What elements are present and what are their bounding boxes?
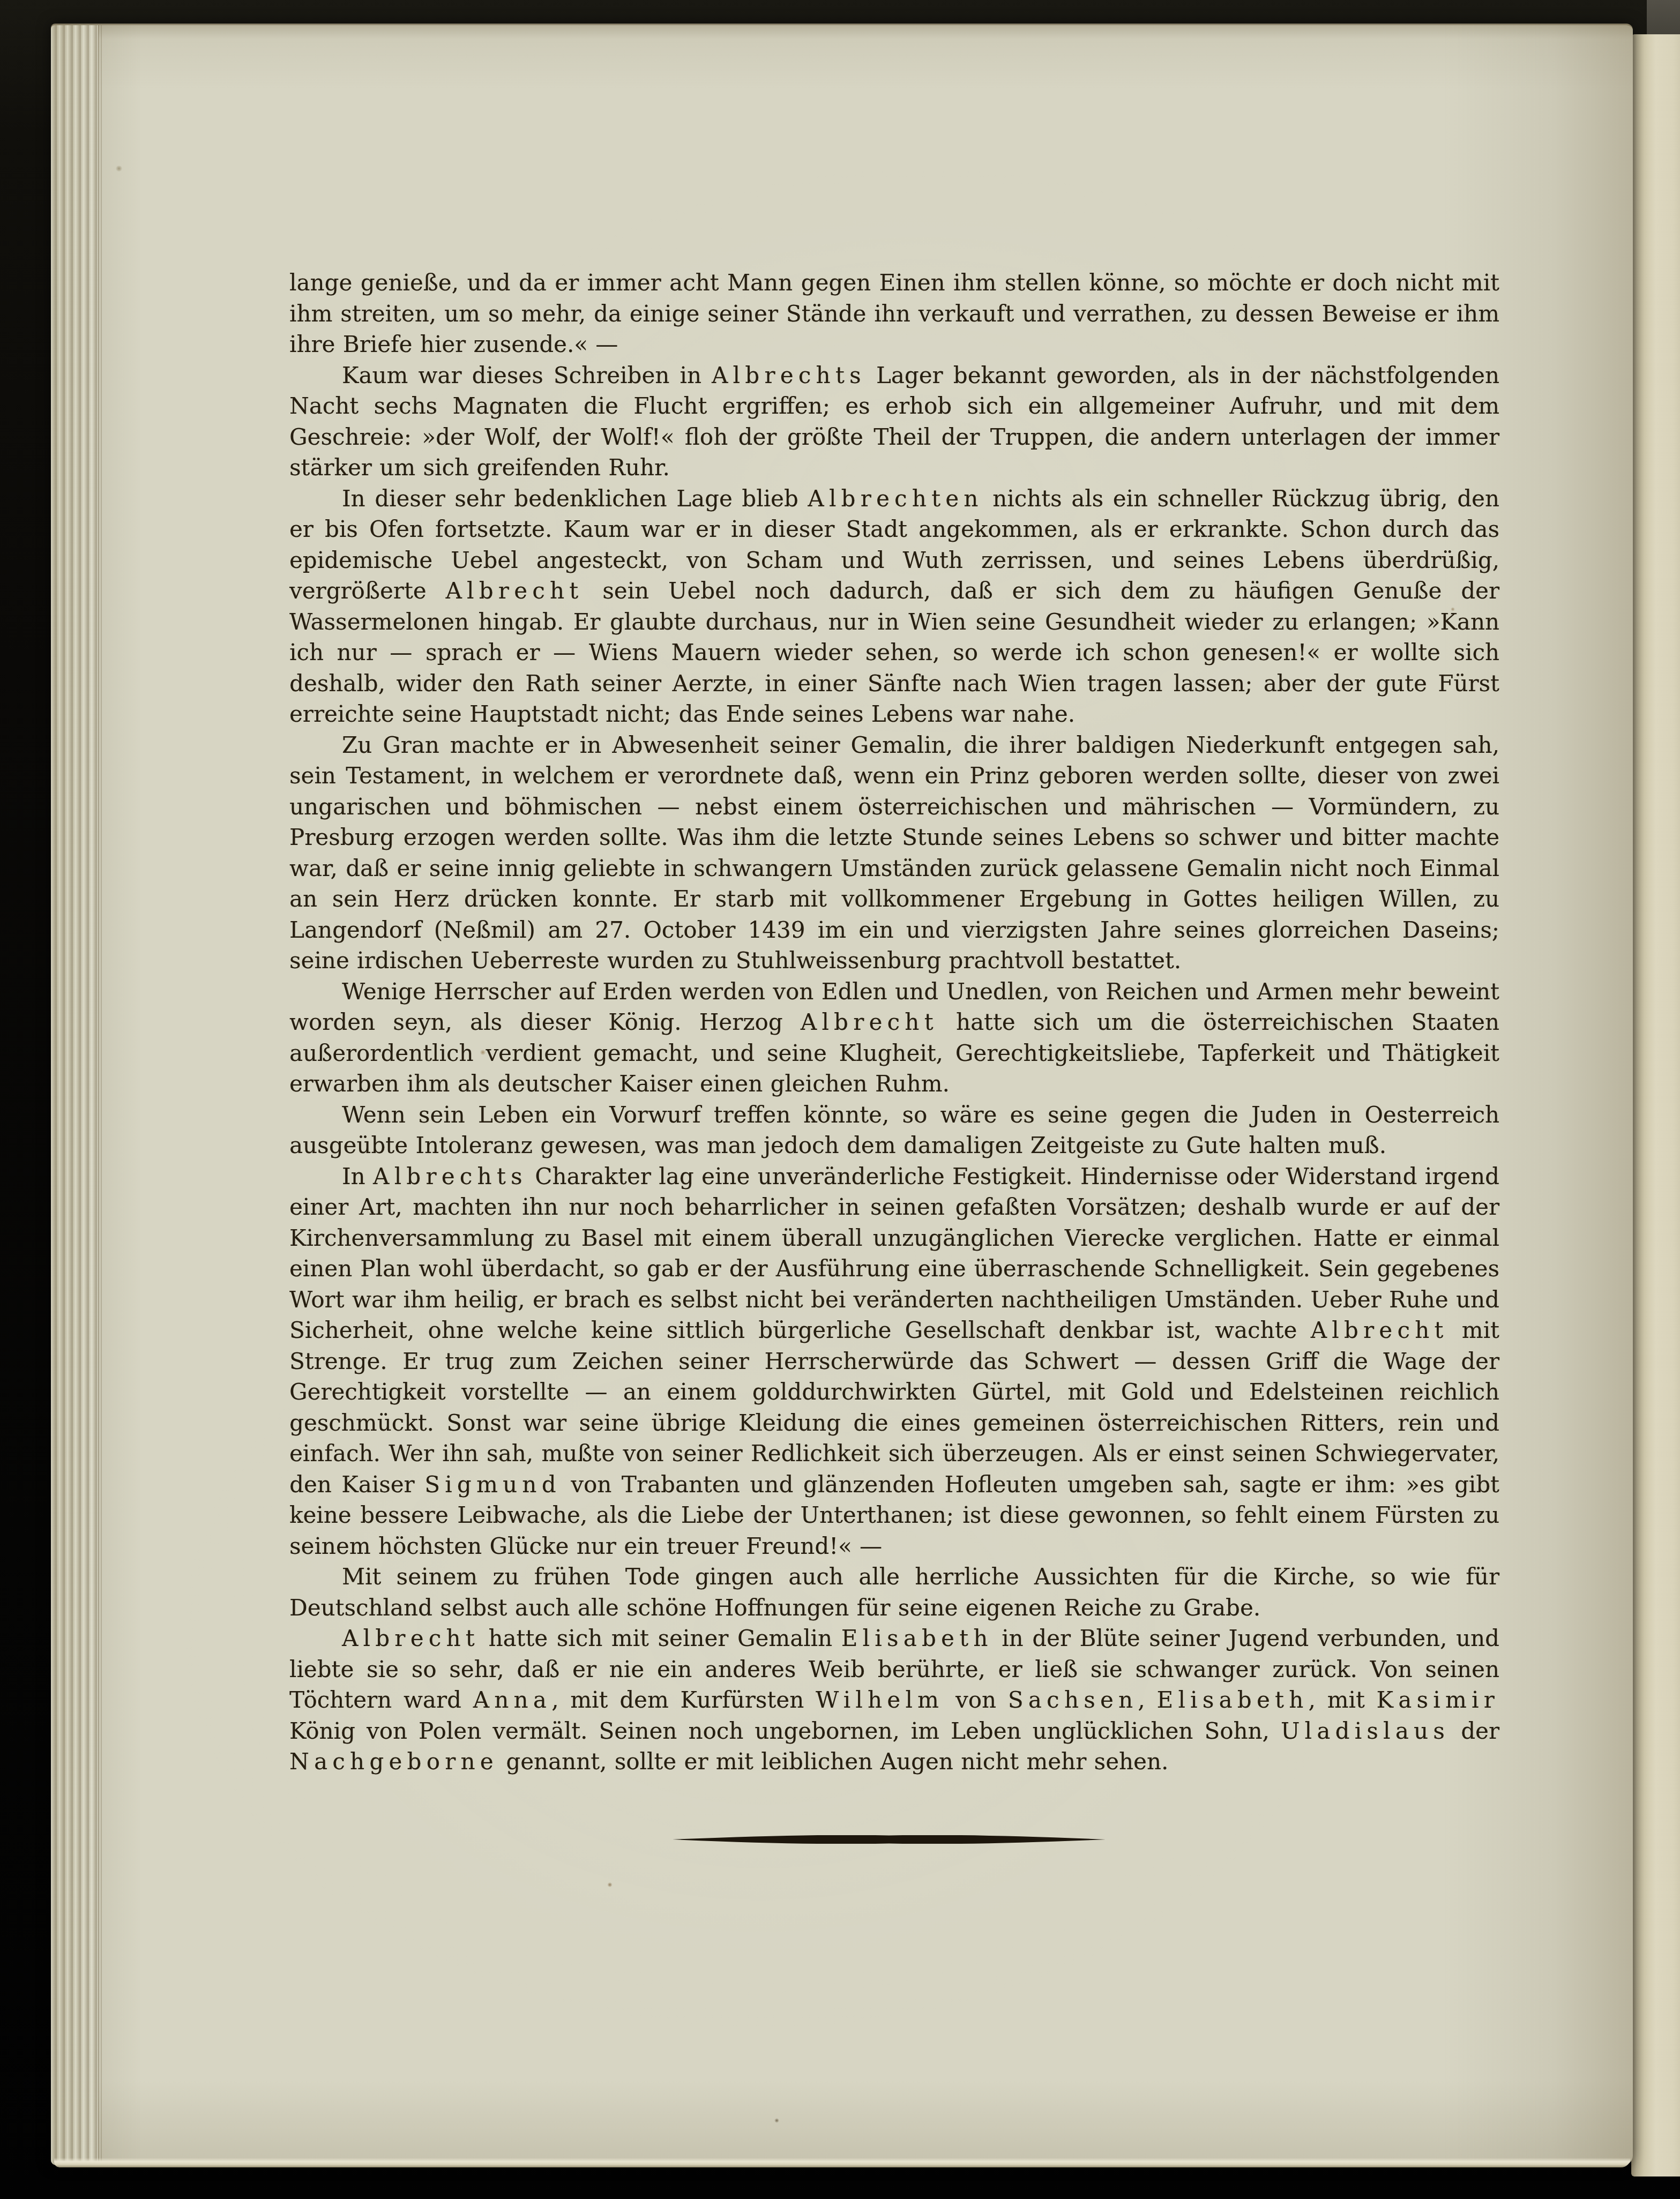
emphasized-name: Albrechten	[808, 485, 983, 512]
text-segment: König von Polen vermält. Seinen noch ung…	[289, 1718, 1281, 1744]
facing-page-edge	[1631, 34, 1680, 2176]
emphasized-name: Albrecht	[801, 1009, 938, 1035]
emphasized-name: Sachsen	[1008, 1687, 1138, 1713]
text-segment: der	[1450, 1718, 1499, 1744]
book-photo-background: lange genieße, und da er immer acht Mann…	[0, 0, 1680, 2199]
text-segment: Zu Gran machte er in Abwesenheit seiner …	[289, 732, 1499, 974]
paragraph: lange genieße, und da er immer acht Mann…	[289, 267, 1499, 360]
emphasized-name: Albrechts	[373, 1163, 527, 1190]
paragraph: Kaum war dieses Schreiben in Albrechts L…	[289, 360, 1499, 483]
emphasized-name: Albrechts	[712, 362, 866, 388]
emphasized-name: Albrecht	[342, 1625, 480, 1651]
text-segment: , mit dem Kurfürsten	[551, 1687, 816, 1713]
text-segment: mit Strenge. Er trug zum Zeichen seiner …	[289, 1317, 1499, 1498]
book-page: lange genieße, und da er immer acht Mann…	[51, 24, 1633, 2165]
emphasized-name: Nachgeborne	[289, 1748, 498, 1775]
text-segment: In	[342, 1163, 373, 1190]
foxing-spot	[115, 166, 123, 171]
text-segment: Mit seinem zu frühen Tode gingen auch al…	[289, 1564, 1499, 1621]
emphasized-name: Albrecht	[445, 578, 583, 604]
page-stack-edges	[51, 25, 98, 2165]
text-segment: von	[944, 1687, 1008, 1713]
emphasized-name: Kasimir	[1377, 1687, 1499, 1713]
paragraph: Albrecht hatte sich mit seiner Gemalin E…	[289, 1623, 1499, 1777]
emphasized-name: Albrecht	[1311, 1317, 1448, 1343]
paragraph: In dieser sehr bedenklichen Lage blieb A…	[289, 483, 1499, 730]
text-segment: hatte sich mit seiner Gemalin	[480, 1625, 841, 1651]
emphasized-name: Anna	[473, 1687, 551, 1713]
paragraph: Wenige Herrscher auf Erden werden von Ed…	[289, 976, 1499, 1099]
text-segment: Wenn sein Leben ein Vorwurf treffen könn…	[289, 1102, 1499, 1159]
paragraph: Wenn sein Leben ein Vorwurf treffen könn…	[289, 1099, 1499, 1161]
foxing-spot	[607, 1882, 613, 1887]
paragraph: Mit seinem zu frühen Tode gingen auch al…	[289, 1561, 1499, 1623]
foxing-spot	[774, 2118, 779, 2123]
text-segment: , mit	[1308, 1687, 1376, 1713]
emphasized-name: Wilhelm	[816, 1687, 944, 1713]
text-segment: lange genieße, und da er immer acht Mann…	[289, 270, 1499, 357]
text-segment: Kaum war dieses Schreiben in	[342, 362, 712, 388]
text-segment: genannt, sollte er mit leiblichen Augen …	[498, 1748, 1168, 1775]
emphasized-name: Elisabeth	[1157, 1687, 1309, 1713]
emphasized-name: Uladislaus	[1281, 1718, 1450, 1744]
text-segment: In dieser sehr bedenklichen Lage blieb	[342, 485, 808, 512]
text-segment: ,	[1138, 1687, 1156, 1713]
text-segment: Charakter lag eine unveränderliche Festi…	[289, 1163, 1499, 1344]
paragraph: Zu Gran machte er in Abwesenheit seiner …	[289, 730, 1499, 976]
text-block: lange genieße, und da er immer acht Mann…	[289, 267, 1499, 1777]
paragraph: In Albrechts Charakter lag eine unveränd…	[289, 1161, 1499, 1562]
emphasized-name: Elisabeth	[841, 1625, 993, 1651]
emphasized-name: Sigmund	[424, 1471, 561, 1498]
section-divider-rule	[671, 1835, 1107, 1844]
